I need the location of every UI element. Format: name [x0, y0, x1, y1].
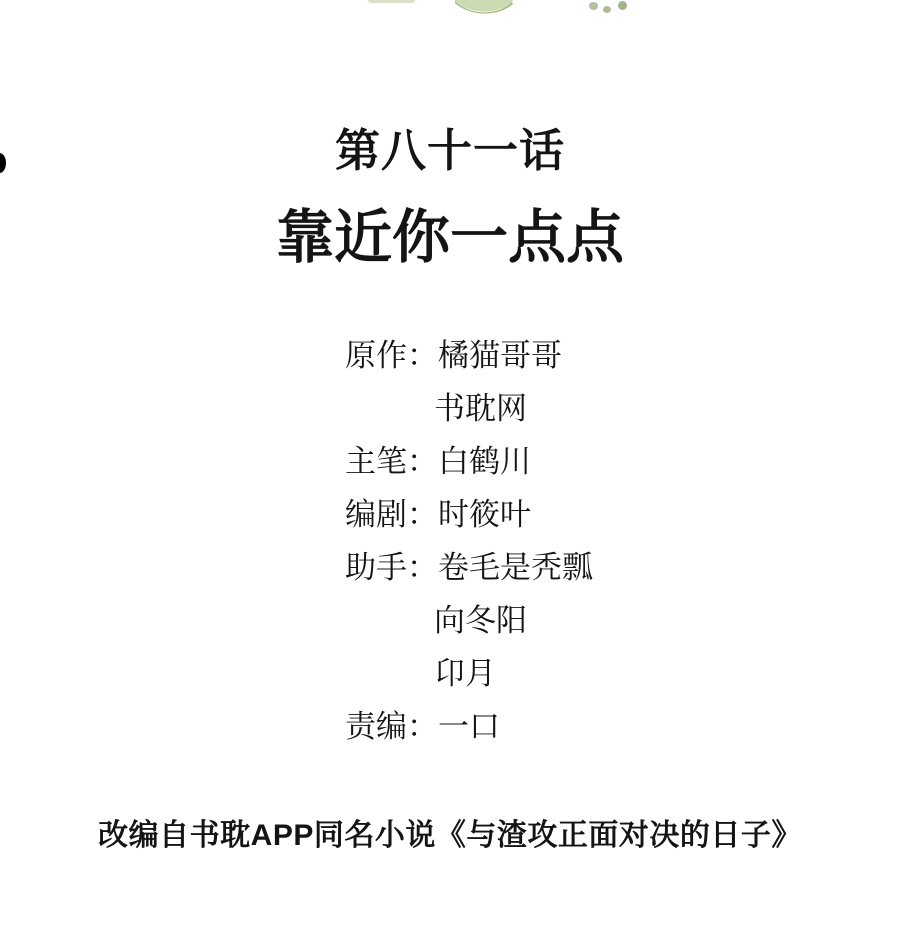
- credit-person-name: 一口: [438, 701, 500, 746]
- leaf-crescent-icon: [455, 0, 513, 15]
- credit-row: 原作：橘猫哥哥: [345, 326, 593, 379]
- credit-row: 向冬阳: [345, 591, 593, 644]
- credit-person-name: 卬月: [434, 648, 496, 693]
- chapter-title: 靠近你一点点: [0, 190, 900, 274]
- credit-person-name: 白鹤川: [438, 436, 531, 481]
- credit-person-name: 时筱叶: [438, 489, 531, 534]
- credit-row: 编剧：时筱叶: [345, 485, 593, 538]
- credit-row: 助手：卷毛是秃瓢: [345, 538, 593, 591]
- credit-row: 责编：一口: [345, 697, 593, 750]
- credit-person-name: 橘猫哥哥: [438, 330, 562, 375]
- leaf-fragment-line: [368, 0, 415, 3]
- credit-person-name: 向冬阳: [434, 595, 527, 640]
- credits-list: 原作：橘猫哥哥书耽网主笔：白鹤川编剧：时筱叶助手：卷毛是秃瓢向冬阳卬月责编：一口: [345, 326, 593, 750]
- leaf-dot-icon: [618, 1, 627, 10]
- credit-row: 主笔：白鹤川: [345, 432, 593, 485]
- credit-role-label: 主笔：: [345, 436, 438, 481]
- credit-row: 卬月: [345, 644, 593, 697]
- leaf-dot-icon: [603, 6, 611, 13]
- credit-role-label: 编剧：: [345, 489, 438, 534]
- leaf-dot-icon: [589, 2, 598, 10]
- adaptation-note: 改编自书耽APP同名小说《与渣攻正面对决的日子》: [0, 810, 900, 854]
- comic-credits-page: 第八十一话 靠近你一点点 原作：橘猫哥哥书耽网主笔：白鹤川编剧：时筱叶助手：卷毛…: [0, 0, 900, 927]
- credit-row: 书耽网: [345, 379, 593, 432]
- credit-role-label: 原作：: [345, 330, 438, 375]
- credit-person-name: 书耽网: [434, 383, 527, 428]
- credit-role-label: 责编：: [345, 701, 438, 746]
- chapter-number: 第八十一话: [0, 114, 900, 179]
- credit-person-name: 卷毛是秃瓢: [438, 542, 593, 587]
- credit-role-label: 助手：: [345, 542, 438, 587]
